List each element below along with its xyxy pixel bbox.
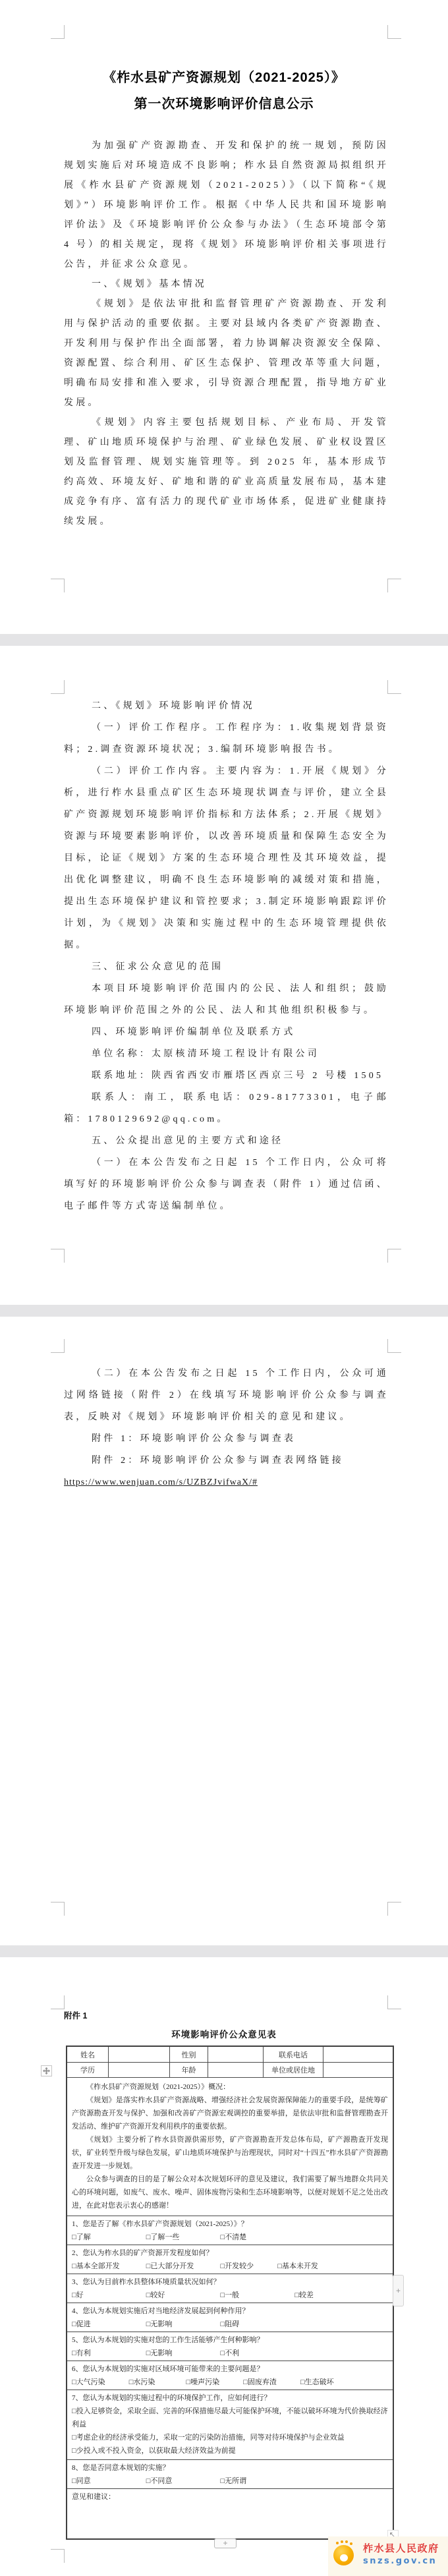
page-separator [0,634,448,646]
question-row: 8、您是否同意本规划的实施？ □同意 □不同意 □无所谓 [67,2459,393,2488]
question-row: 5、您认为本规划的实施对您的工作生活能够产生何种影响？ □有利 □无影响 □不利 [67,2332,393,2361]
field-value-blank [208,2063,264,2077]
attachment1-line: 附件 1：环境影响评价公众参与调查表 [64,1428,389,1450]
suggestion-label: 意见和建议： [72,2490,388,2504]
plan-overview-cell: 《柞水县矿产资源规划（2021-2025）》概况： 《规划》是落实柞水县矿产资源… [67,2077,393,2216]
paragraph: 为加强矿产资源勘查、开发和保护的统一规划，预防因规划实施后对环境造成不良影响；柞… [64,136,389,275]
question-row: 7、您认为本规划的实施过程中的环境保护工作，应如何进行？ □投入足够资金，采取全… [67,2390,393,2459]
checkbox-option: □好 [72,2289,144,2302]
contact-address: 联系地址：陕西省西安市雁塔区西京三号 2 号楼 1505 [64,1065,389,1087]
add-column-button[interactable]: + [393,2275,404,2306]
section-heading: 一、《规划》基本情况 [64,275,389,295]
corner-mark [387,1249,401,1263]
field-value-blank [323,2047,393,2062]
move-icon [43,2067,50,2075]
checkbox-option: □基本未开发 [277,2260,333,2273]
contact-unit: 单位名称：太原核清环境工程设计有限公司 [64,1043,389,1065]
site-watermark: 柞水县人民政府 snzs.gov.cn [328,2536,448,2576]
question-row: 1、您是否了解《柞水县矿产资源规划（2021-2025）》？ □了解 □了解一些… [67,2216,393,2245]
field-value-blank [208,2047,264,2062]
question-text: 8、您是否同意本规划的实施？ [72,2461,388,2475]
page3-body: （二）在本公告发布之日起 15 个工作日内，公众可通过网络链接（附件 2）在线填… [64,1363,389,1493]
overview-line: 《规划》主要分析了柞水县资源供需形势，矿产资源勘查开发总体布局，矿产源勘查开发现… [72,2133,388,2173]
form-title: 环境影响评价公众意见表 [0,2027,448,2040]
question-text: 4、您认为本规划实施后对当地经济发展起到何种作用？ [72,2304,388,2318]
checkbox-option: □考虑企业的经济承受能力，采取一定的污染防治措施，同等对待环境保护与企业效益 [72,2431,388,2444]
corner-mark [51,2549,65,2563]
corner-mark [387,1995,401,2009]
page-title: 《柞水县矿产资源规划（2021-2025）》 第一次环境影响评价信息公示 [0,65,448,117]
checkbox-option: □少投入或不投入资金，以获取最大经济效益为前提 [72,2444,388,2457]
page1-body: 为加强矿产资源勘查、开发和保护的统一规划，预防因规划实施后对环境造成不良影响；柞… [64,136,389,532]
section-heading: 五、公众提出意见的主要方式和途径 [64,1130,389,1152]
question-text: 3、您认为目前柞水县整体环境质量状况如何？ [72,2275,388,2289]
field-label: 单位或居住地 [264,2063,323,2077]
page-title-line2: 第一次环境影响评价信息公示 [0,91,448,117]
suggestion-row: 意见和建议： [67,2488,393,2538]
checkbox-option: □不清楚 [221,2231,293,2244]
checkbox-option: □已大部分开发 [146,2260,219,2273]
page-separator [0,1945,448,1957]
corner-mark [387,1339,401,1353]
field-label: 年龄 [170,2063,208,2077]
corner-mark [51,25,65,39]
corner-mark [387,579,401,592]
page-title-line1: 《柞水县矿产资源规划（2021-2025）》 [0,65,448,91]
section-heading: 四、环境影响评价编制单位及联系方式 [64,1021,389,1043]
checkbox-option: □开发较少 [221,2260,276,2273]
question-row: 6、您认为本规划的实施对区域环境可能带来的主要问题是？ □大气污染 □水污染 □… [67,2361,393,2390]
question-row: 2、您认为柞水县的矿产资源开发程度如何？ □基本全部开发 □已大部分开发 □开发… [67,2245,393,2274]
field-label: 学历 [67,2063,109,2077]
checkbox-option: □大气污染 [72,2376,127,2389]
public-opinion-form-table: 姓名 性别 联系电话 学历 年龄 单位或居住地 《柞水县矿产资源规划（2021-… [66,2046,394,2540]
corner-mark [387,1902,401,1916]
checkbox-option: □促进 [72,2318,144,2331]
checkbox-option: □较差 [294,2289,350,2302]
question-text: 7、您认为本规划的实施过程中的环境保护工作，应如何进行？ [72,2391,388,2405]
page-separator [0,1305,448,1317]
checkbox-option: □有利 [72,2347,144,2360]
contact-person: 联系人：南工，联系电话：029-81773301，电子邮箱：1780129692… [64,1087,389,1130]
table-move-handle[interactable] [41,2065,52,2076]
checkbox-option: □同意 [72,2475,144,2488]
table-row: 学历 年龄 单位或居住地 [67,2062,393,2077]
checkbox-option: □固废弃渣 [243,2376,298,2389]
checkbox-option: □了解一些 [146,2231,219,2244]
paragraph: 《规划》是依法审批和监督管理矿产资源勘查、开发利用与保护活动的重要依据。主要对县… [64,295,389,413]
field-label: 性别 [170,2047,208,2062]
checkbox-option: □了解 [72,2231,144,2244]
field-value-blank [109,2047,170,2062]
section-heading: 三、征求公众意见的范围 [64,956,389,978]
checkbox-option: □噪声污染 [186,2376,242,2389]
question-row: 4、您认为本规划实施后对当地经济发展起到何种作用？ □促进 □无影响 □阻碍 [67,2303,393,2332]
checkbox-option: □基本全部开发 [72,2260,144,2273]
overview-line: 《规划》是落实柞水县矿产资源战略、增强经济社会发展资源保障能力的重要手段，是统筹… [72,2094,388,2133]
attachment2-line: 附件 2：环境影响评价公众参与调查表网络链接 [64,1450,389,1472]
field-value-blank [323,2063,393,2077]
checkbox-option: □不同意 [146,2475,219,2488]
attachment-label: 附件 1 [64,2009,87,2021]
checkbox-option: □生态破坏 [300,2376,356,2389]
add-row-button[interactable]: + [214,2538,237,2548]
checkbox-option: □水污染 [129,2376,184,2389]
paragraph: （二）在本公告发布之日起 15 个工作日内，公众可通过网络链接（附件 2）在线填… [64,1363,389,1428]
overview-line: 公众参与调查的目的是了解公众对本次规划环评的意见及建议，我们需要了解当地群众共同… [72,2173,388,2212]
question-text: 5、您认为本规划的实施对您的工作生活能够产生何种影响？ [72,2333,388,2347]
corner-mark [51,1995,65,2009]
overview-line: 《柞水县矿产资源规划（2021-2025）》概况： [72,2080,388,2094]
question-text: 2、您认为柞水县的矿产资源开发程度如何？ [72,2247,388,2260]
field-value-blank [109,2063,170,2077]
section-heading: 二、《规划》环境影响评价情况 [64,695,389,717]
question-text: 1、您是否了解《柞水县矿产资源规划（2021-2025）》？ [72,2218,388,2231]
paragraph: （二）评价工作内容。主要内容为：1.开展《规划》分析，进行柞水县重点矿区生态环境… [64,760,389,956]
checkbox-option: □一般 [221,2289,293,2302]
checkbox-option: □无所谓 [221,2475,293,2488]
paragraph: 本项目环境影响评价范围内的公民、法人和组织；鼓励环境影响评价范围之外的公民、法人… [64,978,389,1021]
paragraph: 《规划》内容主要包括规划目标、产业布局、开发管理、矿山地质环境保护与治理、矿业绿… [64,413,389,532]
checkbox-option: □投入足够资金，采取全面、完善的环保措施尽最大可能保护环境，不能以破坏环境为代价… [72,2405,388,2431]
table-row: 姓名 性别 联系电话 [67,2047,393,2062]
corner-mark [51,1339,65,1353]
page2-body: 二、《规划》环境影响评价情况 （一）评价工作程序。工作程序为：1.收集规划背景资… [64,695,389,1217]
corner-mark [387,25,401,39]
checkbox-option: □阻碍 [221,2318,293,2331]
government-logo-icon [333,2540,358,2567]
corner-mark [51,1249,65,1263]
paragraph: （一）在本公告发布之日起 15 个工作日内，公众可将填写好的环境影响评价公众参与… [64,1152,389,1217]
checkbox-option: □不利 [221,2347,293,2360]
government-name: 柞水县人民政府 [363,2542,439,2556]
paragraph: （一）评价工作程序。工作程序为：1.收集规划背景资料；2.调查资源环境状况；3.… [64,717,389,760]
corner-mark [51,680,65,694]
question-text: 6、您认为本规划的实施对区域环境可能带来的主要问题是？ [72,2362,388,2376]
government-site-url: snzs.gov.cn [363,2556,439,2567]
checkbox-option: □较好 [146,2289,219,2302]
field-label: 姓名 [67,2047,109,2062]
corner-mark [51,579,65,592]
corner-mark [387,680,401,694]
question-row: 3、您认为目前柞水县整体环境质量状况如何？ □好 □较好 □一般 □较差 [67,2274,393,2303]
survey-link[interactable]: https://www.wenjuan.com/s/UZBZJvifwaX/# [64,1477,258,1487]
checkbox-option: □无影响 [146,2347,219,2360]
checkbox-option: □无影响 [146,2318,219,2331]
corner-mark [51,1902,65,1916]
document-viewer: 《柞水县矿产资源规划（2021-2025）》 第一次环境影响评价信息公示 为加强… [0,0,448,2576]
field-label: 联系电话 [264,2047,323,2062]
watermark-text: 柞水县人民政府 snzs.gov.cn [363,2540,439,2567]
